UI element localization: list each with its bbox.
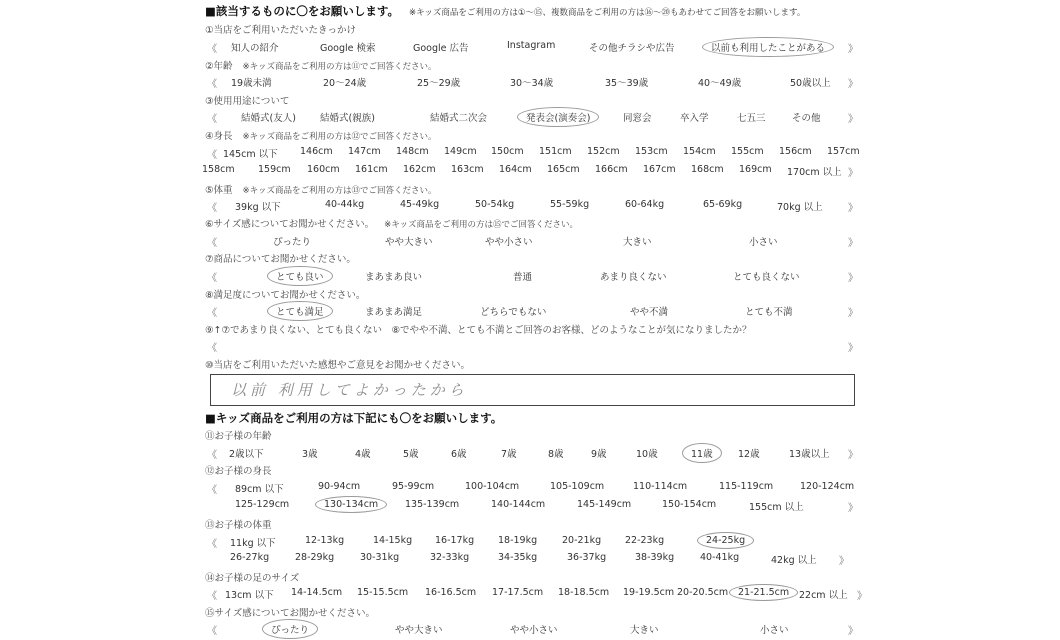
close-bracket: 》 (839, 552, 849, 567)
open-bracket: 《 (207, 269, 217, 284)
question-4-title: ④身長 (205, 131, 233, 142)
close-bracket: 》 (848, 234, 858, 249)
q13-option[interactable]: 18-19kg (498, 535, 537, 546)
q4-option[interactable]: 151cm (539, 146, 572, 157)
q8-option-selected[interactable]: とても満足 (267, 301, 333, 321)
q12-option[interactable]: 89cm 以下 (235, 481, 284, 495)
q5-option[interactable]: 60-64kg (625, 199, 664, 210)
q12-option[interactable]: 125-129cm (235, 499, 289, 510)
q4-option[interactable]: 150cm (491, 146, 524, 157)
q13-option[interactable]: 42kg 以上 (771, 552, 817, 566)
question-4-label: ④身長※キッズ商品をご利用の方は⑫でご回答ください。 (205, 128, 865, 146)
question-12-options-line2: 125-129cm 130-134cm 135-139cm 140-144cm … (205, 499, 865, 517)
q12-option[interactable]: 155cm 以上 (749, 499, 804, 513)
q4-option[interactable]: 164cm (499, 164, 532, 175)
question-15-options: 《 ぴったり やや大きい やや小さい 大きい 小さい 》 (205, 622, 865, 640)
q4-option[interactable]: 152cm (587, 146, 620, 157)
q4-option[interactable]: 167cm (643, 164, 676, 175)
q1-option[interactable]: Google 検索 (320, 40, 376, 54)
question-13-options-line2: 26-27kg 28-29kg 30-31kg 32-33kg 34-35kg … (205, 552, 865, 570)
q13-option[interactable]: 26-27kg (230, 552, 269, 563)
q14-option[interactable]: 14-14.5cm (291, 587, 342, 598)
q13-option[interactable]: 28-29kg (295, 552, 334, 563)
q1-option[interactable]: Instagram (507, 40, 555, 51)
question-9-answer[interactable]: 《 》 (205, 339, 865, 357)
question-13-label: ⑬お子様の体重 (205, 517, 865, 535)
q12-option-selected[interactable]: 130-134cm (315, 496, 387, 513)
q13-option[interactable]: 38-39kg (635, 552, 674, 563)
question-4-note: ※キッズ商品をご利用の方は⑫でご回答ください。 (243, 132, 437, 142)
q14-option[interactable]: 18-18.5cm (558, 587, 609, 598)
q5-option[interactable]: 50-54kg (475, 199, 514, 210)
question-14-options: 《 13cm 以下 14-14.5cm 15-15.5cm 16-16.5cm … (205, 587, 865, 605)
q11-option[interactable]: 9歳 (591, 446, 607, 460)
open-bracket: 《 (207, 110, 217, 125)
q11-option[interactable]: 7歳 (501, 446, 517, 460)
q8-option[interactable]: まあまあ満足 (365, 304, 422, 318)
q8-option[interactable]: どちらでもない (480, 304, 546, 318)
q3-option[interactable]: 同窓会 (623, 110, 652, 124)
q14-option[interactable]: 16-16.5cm (425, 587, 476, 598)
question-6-title: ⑥サイズ感についてお聞かせください。 (205, 219, 374, 230)
question-8-options: 《 とても満足 まあまあ満足 どちらでもない やや不満 とても不満 》 (205, 304, 865, 322)
q7-option[interactable]: 普通 (513, 269, 532, 283)
question-2-note: ※キッズ商品をご利用の方は⑪でご回答ください。 (243, 62, 437, 72)
q14-option-selected[interactable]: 21-21.5cm (729, 584, 798, 601)
question-2-label: ②年齢※キッズ商品をご利用の方は⑪でご回答ください。 (205, 58, 865, 76)
q15-option[interactable]: やや大きい (395, 622, 443, 636)
open-bracket: 《 (207, 587, 217, 602)
q2-option[interactable]: 25〜29歳 (417, 75, 460, 89)
q4-option[interactable]: 153cm (635, 146, 668, 157)
question-4-options-line2: 158cm 159cm 160cm 161cm 162cm 163cm 164c… (205, 164, 865, 182)
question-11-options: 《 2歳以下 3歳 4歳 5歳 6歳 7歳 8歳 9歳 10歳 11歳 12歳 … (205, 446, 865, 464)
q11-option[interactable]: 3歳 (302, 446, 318, 460)
open-bracket: 《 (207, 446, 217, 461)
handwritten-comment: 以前 利用してよかったから (231, 379, 468, 400)
question-4-options-line1: 《 145cm 以下 146cm 147cm 148cm 149cm 150cm… (205, 146, 865, 164)
q4-option[interactable]: 169cm (739, 164, 772, 175)
q13-option[interactable]: 32-33kg (430, 552, 469, 563)
q15-option-selected[interactable]: ぴったり (262, 619, 318, 639)
question-10-label: ⑩当店をご利用いただいた感想やご意見をお聞かせください。 (205, 357, 865, 375)
q14-option[interactable]: 22cm 以上 (799, 587, 848, 601)
q12-option[interactable]: 120-124cm (800, 481, 854, 492)
question-12-options-line1: 《 89cm 以下 90-94cm 95-99cm 100-104cm 105-… (205, 481, 865, 499)
q13-option[interactable]: 11kg 以下 (230, 535, 276, 549)
q11-option[interactable]: 4歳 (355, 446, 371, 460)
q4-option[interactable]: 170cm 以上 (787, 164, 842, 178)
q5-option[interactable]: 39kg 以下 (235, 199, 281, 213)
q4-option[interactable]: 146cm (300, 146, 333, 157)
close-bracket: 》 (848, 622, 858, 637)
q13-option[interactable]: 14-15kg (373, 535, 412, 546)
open-bracket: 《 (207, 339, 217, 354)
open-bracket: 《 (207, 481, 217, 496)
close-bracket: 》 (848, 75, 858, 90)
question-2-options: 《 19歳未満 20〜24歳 25〜29歳 30〜34歳 35〜39歳 40〜4… (205, 75, 865, 93)
q15-option[interactable]: やや小さい (510, 622, 558, 636)
close-bracket: 》 (848, 499, 858, 514)
q2-option[interactable]: 35〜39歳 (605, 75, 648, 89)
close-bracket: 》 (848, 269, 858, 284)
q3-option[interactable]: 卒入学 (680, 110, 709, 124)
q1-option[interactable]: その他チラシや広告 (589, 40, 675, 54)
q14-option[interactable]: 20-20.5cm (677, 587, 728, 598)
q4-option[interactable]: 168cm (691, 164, 724, 175)
q13-option[interactable]: 16-17kg (435, 535, 474, 546)
q4-option[interactable]: 154cm (683, 146, 716, 157)
q4-option[interactable]: 145cm 以下 (223, 146, 278, 160)
q13-option-selected[interactable]: 24-25kg (697, 532, 754, 549)
q14-option[interactable]: 17-17.5cm (492, 587, 543, 598)
q5-option[interactable]: 65-69kg (703, 199, 742, 210)
open-bracket: 《 (207, 535, 217, 550)
q4-option[interactable]: 155cm (731, 146, 764, 157)
q14-option[interactable]: 13cm 以下 (225, 587, 274, 601)
q6-option[interactable]: やや小さい (485, 234, 533, 248)
q13-option[interactable]: 22-23kg (625, 535, 664, 546)
q4-option[interactable]: 166cm (595, 164, 628, 175)
q4-option[interactable]: 159cm (258, 164, 291, 175)
q5-option[interactable]: 45-49kg (400, 199, 439, 210)
open-bracket: 《 (207, 304, 217, 319)
q11-option-selected[interactable]: 11歳 (682, 443, 722, 463)
q12-option[interactable]: 135-139cm (405, 499, 459, 510)
question-13-options-line1: 《 11kg 以下 12-13kg 14-15kg 16-17kg 18-19k… (205, 535, 865, 553)
q7-option[interactable]: とても良くない (733, 269, 800, 283)
q4-option[interactable]: 165cm (547, 164, 580, 175)
section-heading: ■該当するものに〇をお願いします。※キッズ商品をご利用の方は①〜⑮、複数商品をご… (205, 3, 865, 21)
q4-option[interactable]: 162cm (403, 164, 436, 175)
close-bracket: 》 (848, 164, 858, 179)
kids-section-heading: ■キッズ商品をご利用の方は下記にも〇をお願いします。 (205, 410, 865, 428)
question-12-label: ⑫お子様の身長 (205, 463, 865, 481)
q3-option[interactable]: 結婚式(親族) (320, 110, 375, 124)
q13-option[interactable]: 40-41kg (700, 552, 739, 563)
q4-option[interactable]: 160cm (307, 164, 340, 175)
comment-box[interactable]: 以前 利用してよかったから (210, 374, 855, 406)
q3-option[interactable]: 結婚式(友人) (241, 110, 296, 124)
question-6-note: ※キッズ商品をご利用の方は⑮でご回答ください。 (384, 220, 578, 230)
q8-option[interactable]: やや不満 (630, 304, 668, 318)
q11-option[interactable]: 6歳 (451, 446, 467, 460)
question-2-title: ②年齢 (205, 61, 233, 72)
q4-option[interactable]: 163cm (451, 164, 484, 175)
survey-sheet: ■該当するものに〇をお願いします。※キッズ商品をご利用の方は①〜⑮、複数商品をご… (205, 0, 865, 640)
question-6-label: ⑥サイズ感についてお聞かせください。※キッズ商品をご利用の方は⑮でご回答ください… (205, 216, 865, 234)
q6-option[interactable]: 小さい (749, 234, 778, 248)
q2-option[interactable]: 50歳以上 (790, 75, 831, 89)
q6-option[interactable]: ぴったり (273, 234, 311, 248)
q11-option[interactable]: 13歳以上 (789, 446, 830, 460)
close-bracket: 》 (848, 304, 858, 319)
close-bracket: 》 (848, 40, 858, 55)
q12-option[interactable]: 95-99cm (392, 481, 434, 492)
q15-option[interactable]: 大きい (630, 622, 659, 636)
q12-option[interactable]: 145-149cm (577, 499, 631, 510)
q11-option[interactable]: 12歳 (738, 446, 760, 460)
q4-option[interactable]: 149cm (444, 146, 477, 157)
q6-option[interactable]: 大きい (623, 234, 652, 248)
q12-option[interactable]: 100-104cm (465, 481, 519, 492)
q12-option[interactable]: 115-119cm (719, 481, 773, 492)
q2-option[interactable]: 30〜34歳 (510, 75, 553, 89)
close-bracket: 》 (848, 339, 858, 354)
q12-option[interactable]: 105-109cm (550, 481, 604, 492)
q1-option-selected[interactable]: 以前も利用したことがある (702, 37, 834, 57)
open-bracket: 《 (207, 622, 217, 637)
q8-option[interactable]: とても不満 (745, 304, 793, 318)
q3-option[interactable]: その他 (792, 110, 821, 124)
q5-option[interactable]: 55-59kg (550, 199, 589, 210)
q4-option[interactable]: 148cm (396, 146, 429, 157)
q12-option[interactable]: 110-114cm (633, 481, 687, 492)
question-9-label: ⑨↑⑦であまり良くない、とても良くない ⑧でやや不満、とても不満とご回答のお客様… (205, 322, 865, 340)
open-bracket: 《 (207, 146, 217, 161)
q11-option[interactable]: 8歳 (548, 446, 564, 460)
question-5-options: 《 39kg 以下 40-44kg 45-49kg 50-54kg 55-59k… (205, 199, 865, 217)
open-bracket: 《 (207, 234, 217, 249)
q4-option[interactable]: 158cm (202, 164, 235, 175)
question-3-options: 《 結婚式(友人) 結婚式(親族) 結婚式二次会 発表会(演奏会) 同窓会 卒入… (205, 110, 865, 128)
q14-option[interactable]: 19-19.5cm (623, 587, 674, 598)
q14-option[interactable]: 15-15.5cm (357, 587, 408, 598)
q3-option[interactable]: 七五三 (737, 110, 766, 124)
close-bracket: 》 (848, 110, 858, 125)
q13-option[interactable]: 34-35kg (498, 552, 537, 563)
section-heading-title: ■該当するものに〇をお願いします。 (205, 4, 399, 18)
q2-option[interactable]: 40〜49歳 (698, 75, 741, 89)
question-5-label: ⑤体重※キッズ商品をご利用の方は⑬でご回答ください。 (205, 182, 865, 200)
q4-option[interactable]: 156cm (779, 146, 812, 157)
q13-option[interactable]: 36-37kg (567, 552, 606, 563)
q15-option[interactable]: 小さい (760, 622, 789, 636)
q7-option-selected[interactable]: とても良い (267, 266, 333, 286)
q12-option[interactable]: 150-154cm (662, 499, 716, 510)
close-bracket: 》 (848, 199, 858, 214)
q11-option[interactable]: 10歳 (636, 446, 658, 460)
question-11-label: ⑪お子様の年齢 (205, 428, 865, 446)
q11-option[interactable]: 2歳以下 (229, 446, 264, 460)
q7-option[interactable]: あまり良くない (600, 269, 667, 283)
q13-option[interactable]: 12-13kg (305, 535, 344, 546)
q3-option[interactable]: 結婚式二次会 (430, 110, 487, 124)
question-7-options: 《 とても良い まあまあ良い 普通 あまり良くない とても良くない 》 (205, 269, 865, 287)
q6-option[interactable]: やや大きい (385, 234, 433, 248)
q7-option[interactable]: まあまあ良い (365, 269, 422, 283)
q1-option[interactable]: 知人の紹介 (231, 40, 279, 54)
q5-option[interactable]: 40-44kg (325, 199, 364, 210)
question-5-note: ※キッズ商品をご利用の方は⑬でご回答ください。 (243, 186, 437, 196)
q11-option[interactable]: 5歳 (403, 446, 419, 460)
q3-option-selected[interactable]: 発表会(演奏会) (517, 107, 599, 127)
q13-option[interactable]: 20-21kg (562, 535, 601, 546)
open-bracket: 《 (207, 75, 217, 90)
q2-option[interactable]: 20〜24歳 (323, 75, 366, 89)
question-5-title: ⑤体重 (205, 185, 233, 196)
q13-option[interactable]: 30-31kg (360, 552, 399, 563)
section-heading-note: ※キッズ商品をご利用の方は①〜⑮、複数商品をご利用の方は⑯〜⑳もあわせてご回答を… (409, 8, 805, 18)
q12-option[interactable]: 90-94cm (318, 481, 360, 492)
q1-option[interactable]: Google 広告 (413, 40, 469, 54)
q4-option[interactable]: 161cm (355, 164, 388, 175)
q2-option[interactable]: 19歳未満 (231, 75, 272, 89)
question-1-options: 《 知人の紹介 Google 検索 Google 広告 Instagram その… (205, 40, 865, 58)
q12-option[interactable]: 140-144cm (491, 499, 545, 510)
q4-option[interactable]: 147cm (348, 146, 381, 157)
close-bracket: 》 (848, 446, 858, 461)
open-bracket: 《 (207, 199, 217, 214)
q4-option[interactable]: 157cm (827, 146, 860, 157)
question-6-options: 《 ぴったり やや大きい やや小さい 大きい 小さい 》 (205, 234, 865, 252)
open-bracket: 《 (207, 40, 217, 55)
q5-option[interactable]: 70kg 以上 (777, 199, 823, 213)
close-bracket: 》 (857, 587, 867, 602)
